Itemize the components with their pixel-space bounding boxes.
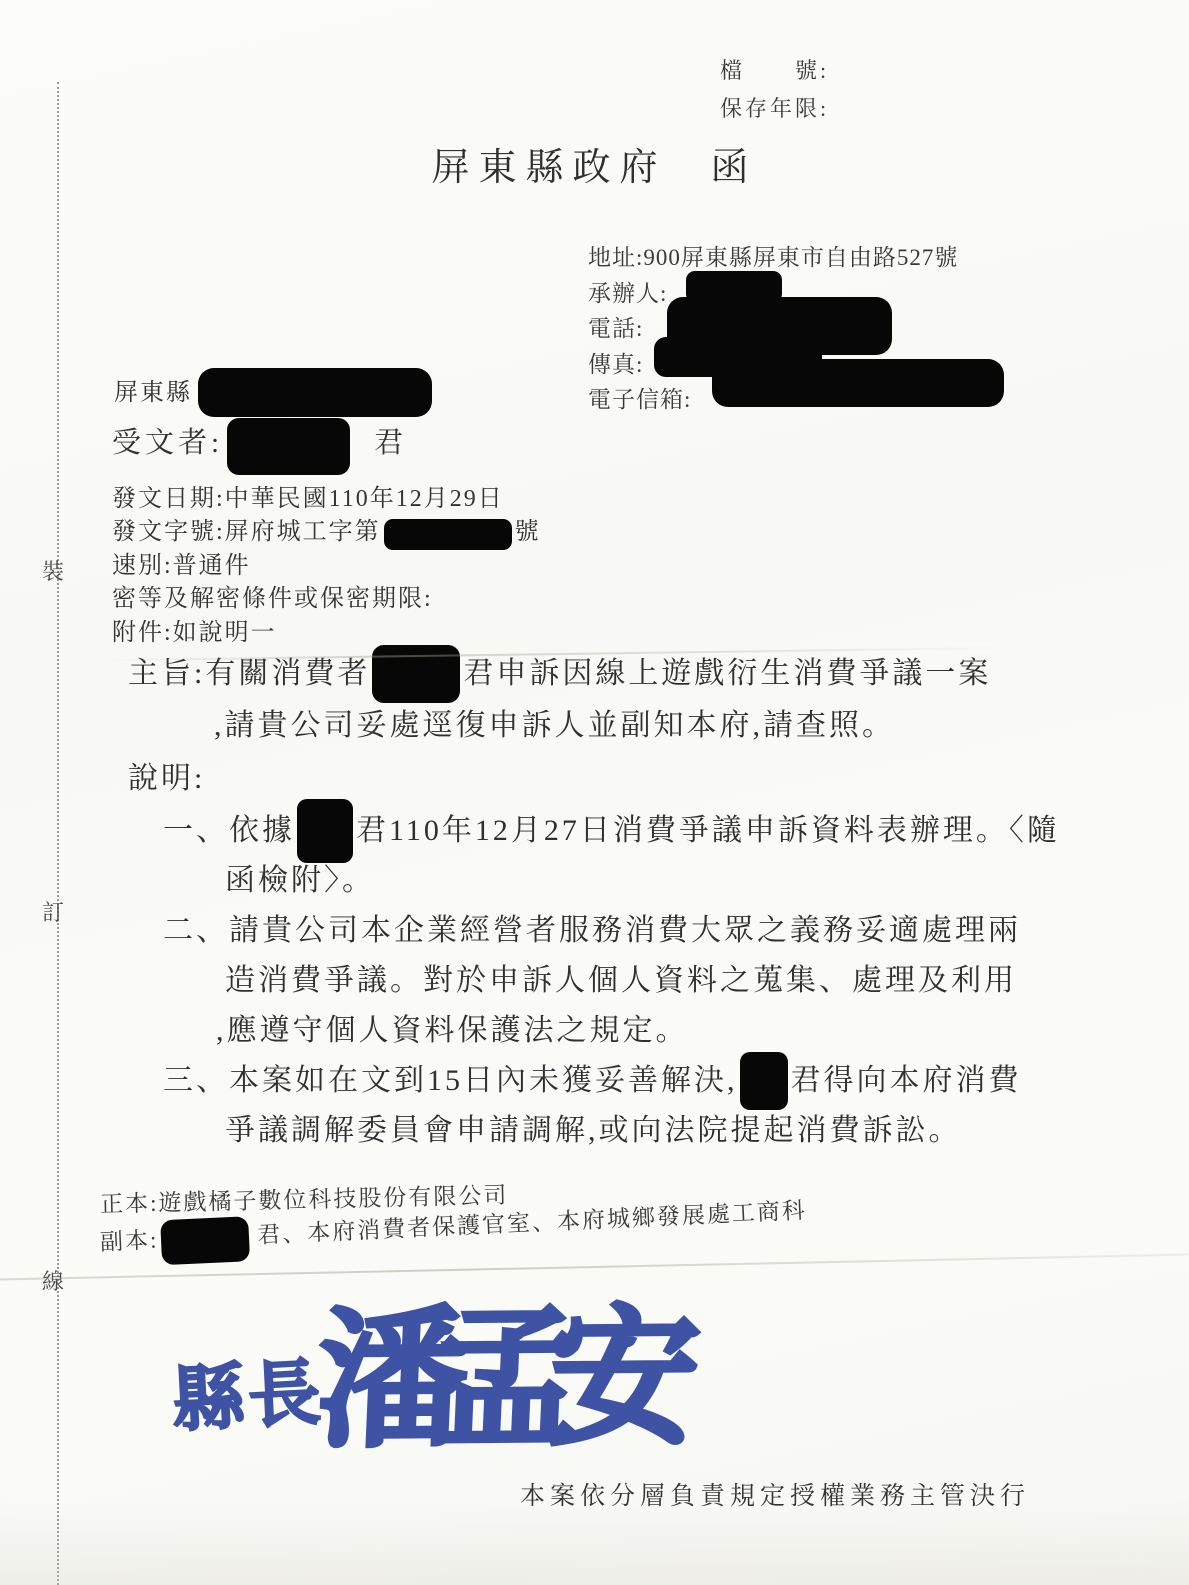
delegation-note: 本案依分層負責規定授權業務主管決行: [520, 1476, 1030, 1512]
item3-text-pre: 三、本案如在文到15日內未獲妥善解決,: [163, 1064, 738, 1097]
item1-text-pre: 一、依據: [163, 814, 295, 847]
subject-line-2: ,請貴公司妥處逕復申訴人並副知本府,請查照。: [214, 700, 991, 752]
signature-title: 縣長: [169, 1334, 326, 1446]
doc-number-suffix: 號: [515, 519, 541, 545]
item3-text-post: 君得向本府消費: [791, 1064, 1022, 1097]
item2-line-1: 二、請貴公司本企業經營者服務消費大眾之義務妥適處理兩: [163, 906, 1060, 956]
redaction-item3-name: [740, 1052, 788, 1110]
document-meta-block: 發文日期:中華民國110年12月29日 發文字號:屏府城工字第號 速別:普通件 …: [112, 483, 541, 650]
item2-line-3: ,應遵守個人資料保護法之規定。: [216, 1006, 1060, 1056]
explanation-label: 說明:: [128, 753, 205, 797]
binding-dotted-line: [57, 82, 59, 1585]
subject-text-pre: 有關消費者: [205, 657, 370, 690]
scanned-official-letter: 裝 訂 線 檔 號: 保存年限: 屏東縣政府函 地址:900屏東縣屏東市自由路5…: [0, 0, 1189, 1585]
item2-line-2: 造消費爭議。對於申訴人個人資料之蒐集、處理及利用: [225, 956, 1060, 1006]
subject-line-1: 主旨:有關消費者君申訴因線上遊戲衍生消費爭議一案: [128, 648, 991, 700]
attachment-line: 附件:如說明一: [112, 617, 541, 650]
recipient-org-prefix: 屏東縣: [114, 380, 192, 406]
redaction-org-name: [198, 368, 432, 417]
redaction-email: [712, 359, 1004, 407]
redaction-consumer-name: [372, 645, 460, 703]
item3-line-1: 三、本案如在文到15日內未獲妥善解決,君得向本府消費: [163, 1056, 1060, 1106]
speed-class-line: 速別:普通件: [112, 550, 541, 583]
issuing-agency: 屏東縣政府: [431, 147, 666, 189]
subject-text-post: 君申訴因線上遊戲衍生消費爭議一案: [463, 657, 991, 690]
redaction-recipient-name: [227, 418, 350, 475]
redaction-copy-name: [161, 1216, 251, 1265]
document-type: 函: [711, 147, 758, 189]
redaction-doc-number: [384, 519, 512, 550]
explanation-items: 一、依據君110年12月27日消費爭議申訴資料表辦理。〈隨 函檢附〉。 二、請貴…: [163, 806, 1060, 1156]
recipient-org-line: 屏東縣: [114, 372, 432, 407]
security-class-line: 密等及解密條件或保密期限:: [112, 583, 541, 616]
item1-text-post: 君110年12月27日消費爭議申訴資料表辦理。〈隨: [356, 814, 1060, 847]
item3-line-2: 爭議調解委員會申請調解,或向法院提起消費訴訟。: [225, 1106, 1060, 1156]
file-number-label: 檔 號:: [720, 52, 829, 90]
binding-mark-zhuang: 裝: [42, 555, 72, 586]
doc-number-prefix: 發文字號:屏府城工字第: [112, 519, 381, 545]
item1-line-1: 一、依據君110年12月27日消費爭議申訴資料表辦理。〈隨: [163, 806, 1060, 856]
copy-label: 副本:: [100, 1227, 159, 1255]
recipient-line: 受文者:君: [112, 420, 407, 461]
binding-mark-xian: 線: [42, 1265, 72, 1296]
document-title: 屏東縣政府函: [0, 136, 1189, 191]
redaction-item1-name: [297, 799, 353, 863]
scan-shading: [0, 1500, 1189, 1585]
doc-number-line: 發文字號:屏府城工字第號: [112, 516, 541, 549]
binding-mark-ding: 訂: [42, 896, 72, 927]
subject-label: 主旨:: [128, 657, 205, 690]
archive-info-block: 檔 號: 保存年限:: [720, 52, 829, 128]
recipient-label: 受文者:: [112, 427, 223, 459]
recipient-honorific: 君: [374, 427, 407, 459]
subject-block: 主旨:有關消費者君申訴因線上遊戲衍生消費爭議一案 ,請貴公司妥處逕復申訴人並副知…: [128, 648, 991, 752]
retention-period-label: 保存年限:: [720, 90, 829, 128]
item1-line-2: 函檢附〉。: [225, 856, 1060, 906]
signature-name: 潘孟安: [313, 1256, 711, 1475]
issue-date-line: 發文日期:中華民國110年12月29日: [112, 483, 541, 516]
